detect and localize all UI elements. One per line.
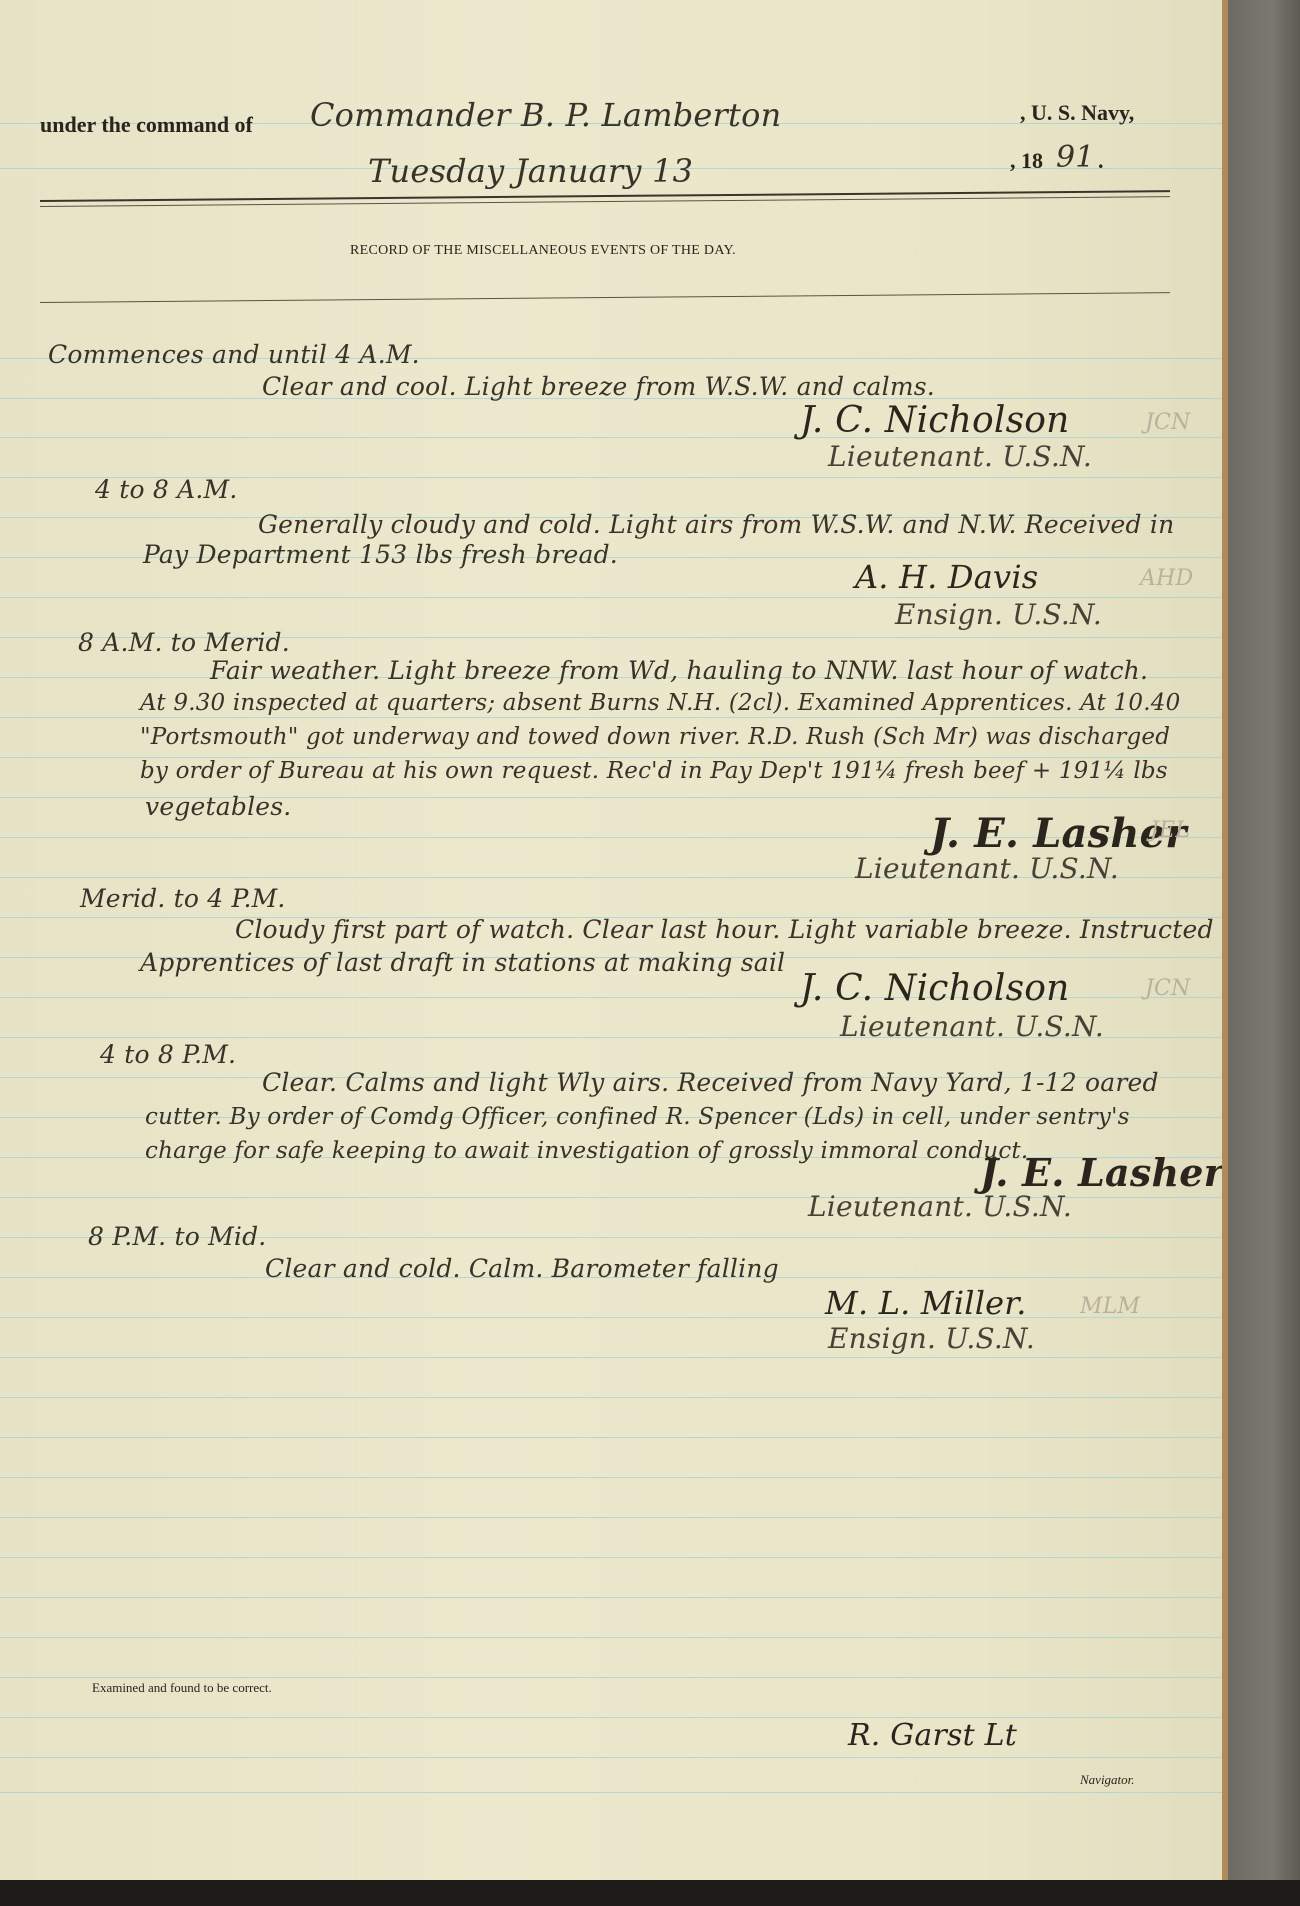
ruled-line [0,1317,1222,1318]
watch-text-line: Clear and cold. Calm. Barometer falling [265,1254,779,1283]
officer-initials: JEL [1150,818,1190,843]
watch-text-line: At 9.30 inspected at quarters; absent Bu… [140,690,1180,716]
officer-initials: JCN [1145,410,1191,435]
officer-signature: A. H. Davis [855,558,1038,596]
watch-text-line: Apprentices of last draft in stations at… [140,948,785,977]
officer-signature: J. C. Nicholson [800,968,1070,1009]
ruled-line [0,1597,1222,1598]
ruled-line [0,1357,1222,1358]
officer-rank: Lieutenant. U.S.N. [855,852,1119,885]
watch-text-line: Cloudy first part of watch. Clear last h… [235,915,1214,944]
ruled-line [0,1397,1222,1398]
officer-rank: Ensign. U.S.N. [895,598,1102,631]
watch-text-line: "Portsmouth" got underway and towed down… [140,724,1170,750]
officer-signature: J. E. Lasher [980,1150,1222,1195]
watch-text-line: by order of Bureau at his own request. R… [140,758,1168,784]
officer-initials: JCN [1145,976,1191,1001]
officer-initials: AHD [1140,566,1193,591]
ruled-line [0,1557,1222,1558]
watch-text-line: charge for safe keeping to await investi… [145,1138,1028,1164]
watch-text-line: Fair weather. Light breeze from Wd, haul… [210,656,1148,685]
watch-heading: 4 to 8 A.M. [95,475,238,504]
ruled-line [0,1757,1222,1758]
year-period: . [1098,148,1104,174]
ruled-line [0,717,1222,718]
watch-text-line: Pay Department 153 lbs fresh bread. [143,540,618,569]
ruled-line [0,1792,1222,1793]
watch-heading: 4 to 8 P.M. [100,1040,236,1069]
ruled-line [0,1517,1222,1518]
officer-signature: J. C. Nicholson [800,400,1070,441]
watch-heading: 8 A.M. to Merid. [78,628,290,657]
watch-text-line: Clear. Calms and light Wly airs. Receive… [262,1068,1159,1097]
examined-label: Examined and found to be correct. [92,1680,272,1696]
watch-text-line: Generally cloudy and cold. Light airs fr… [258,510,1174,539]
officer-rank: Lieutenant. U.S.N. [840,1010,1104,1043]
navigator-label: Navigator. [1080,1772,1135,1788]
commander-name: Commander B. P. Lamberton [310,96,781,134]
section-title: RECORD OF THE MISCELLANEOUS EVENTS OF TH… [350,243,736,259]
officer-signature: J. E. Lasher [930,810,1187,857]
watch-heading: 8 P.M. to Mid. [88,1222,266,1251]
log-date: Tuesday January 13 [368,152,693,190]
officer-rank: Lieutenant. U.S.N. [828,440,1092,473]
watch-text-line: vegetables. [145,792,291,821]
officer-rank: Lieutenant. U.S.N. [808,1190,1072,1223]
navigator-signature: R. Garst Lt [848,1718,1017,1753]
service-label: , U. S. Navy, [1020,100,1134,126]
officer-initials: MLM [1080,1294,1140,1319]
section-rule [40,292,1170,303]
year-digits: 91 [1056,140,1095,175]
command-label: under the command of [40,112,253,138]
officer-signature: M. L. Miller. [825,1284,1027,1322]
watch-heading: Merid. to 4 P.M. [80,884,286,913]
watch-text-line: cutter. By order of Comdg Officer, confi… [145,1104,1130,1130]
book-cover [1228,0,1300,1906]
watch-text-line: Clear and cool. Light breeze from W.S.W.… [262,372,935,401]
ruled-line [0,1677,1222,1678]
officer-rank: Ensign. U.S.N. [828,1322,1035,1355]
ruled-line [0,1717,1222,1718]
logbook-page: under the command of Commander B. P. Lam… [0,0,1222,1880]
watch-heading: Commences and until 4 A.M. [48,340,420,369]
ruled-line [0,1437,1222,1438]
ruled-line [0,1637,1222,1638]
ruled-line [0,1477,1222,1478]
year-prefix: , 18 [1010,148,1043,174]
background-band [0,1880,1300,1906]
